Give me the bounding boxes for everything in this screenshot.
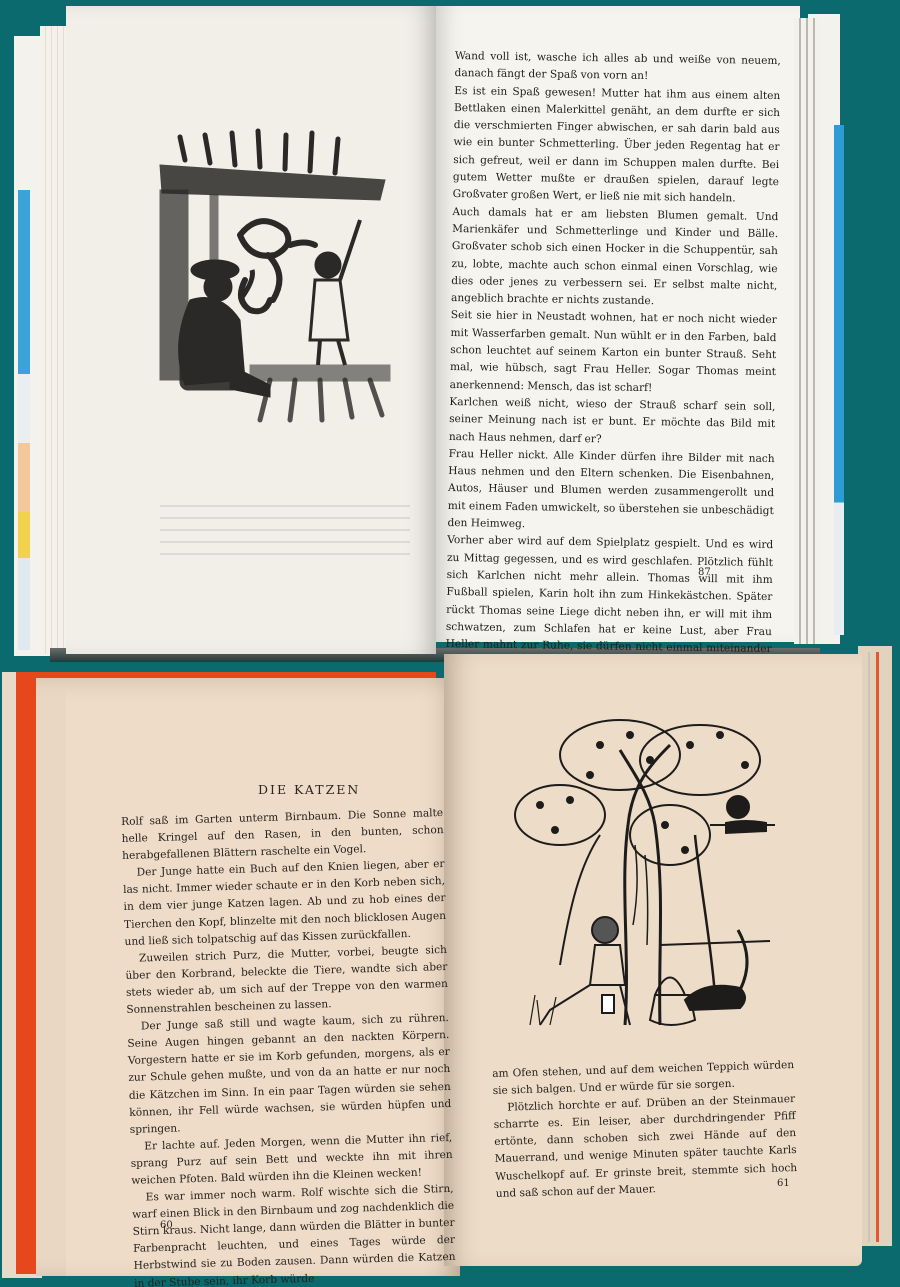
- bleed-through-text: [160, 505, 410, 555]
- boy-under-tree-illustration: [500, 705, 780, 1055]
- paragraph: Er lachte auf. Jeden Morgen, wenn die Mu…: [130, 1130, 453, 1190]
- top-book-cover-edge-art: [18, 190, 30, 650]
- bottom-book-orange-stripe: [876, 652, 879, 1242]
- painting-child-illustration: [150, 125, 400, 425]
- page-61-body-text: am Ofen stehen, und auf dem weichen Tepp…: [492, 1057, 798, 1203]
- page-number: 60: [160, 1220, 173, 1231]
- top-book-page-stack-right: [794, 18, 820, 644]
- paragraph: Karlchen weiß nicht, wieso der Strauß sc…: [449, 394, 776, 451]
- paragraph: Frau Heller nickt. Alle Kinder dürfen ih…: [447, 446, 774, 538]
- paragraph: Auch damals hat er am liebsten Blumen ge…: [451, 204, 779, 313]
- bottom-book-cover-right: [858, 646, 892, 1246]
- paragraph: Zuweilen strich Purz, die Mutter, vorbei…: [125, 942, 449, 1019]
- paragraph: Seit sie hier in Neustadt wohnen, hat er…: [450, 307, 777, 399]
- paragraph: Der Junge saß still und wagte kaum, sich…: [127, 1010, 452, 1139]
- top-book-cover-edge-blue: [834, 125, 844, 635]
- paragraph: Wand voll ist, wasche ich alles ab und w…: [454, 48, 781, 88]
- page-87-body-text: Wand voll ist, wasche ich alles ab und w…: [445, 48, 781, 710]
- chapter-title: DIE KATZEN: [258, 782, 360, 797]
- paragraph: Plötzlich horchte er auf. Drüben an der …: [493, 1091, 798, 1202]
- page-number: 61: [777, 1178, 790, 1189]
- paragraph: Es war immer noch warm. Rolf wischte sic…: [132, 1181, 457, 1287]
- bottom-book-cover-fold: [868, 652, 870, 1242]
- paragraph: Es ist ein Spaß gewesen! Mutter hat ihm …: [453, 83, 781, 209]
- paragraph: Der Junge hatte ein Buch auf den Knien l…: [122, 856, 446, 950]
- page-number: 87: [698, 567, 711, 578]
- bottom-book-orange-border: [16, 674, 36, 1274]
- paragraph: Rolf saß im Garten unterm Birnbaum. Die …: [121, 805, 444, 865]
- page-60-body-text: Rolf saß im Garten unterm Birnbaum. Die …: [121, 805, 456, 1287]
